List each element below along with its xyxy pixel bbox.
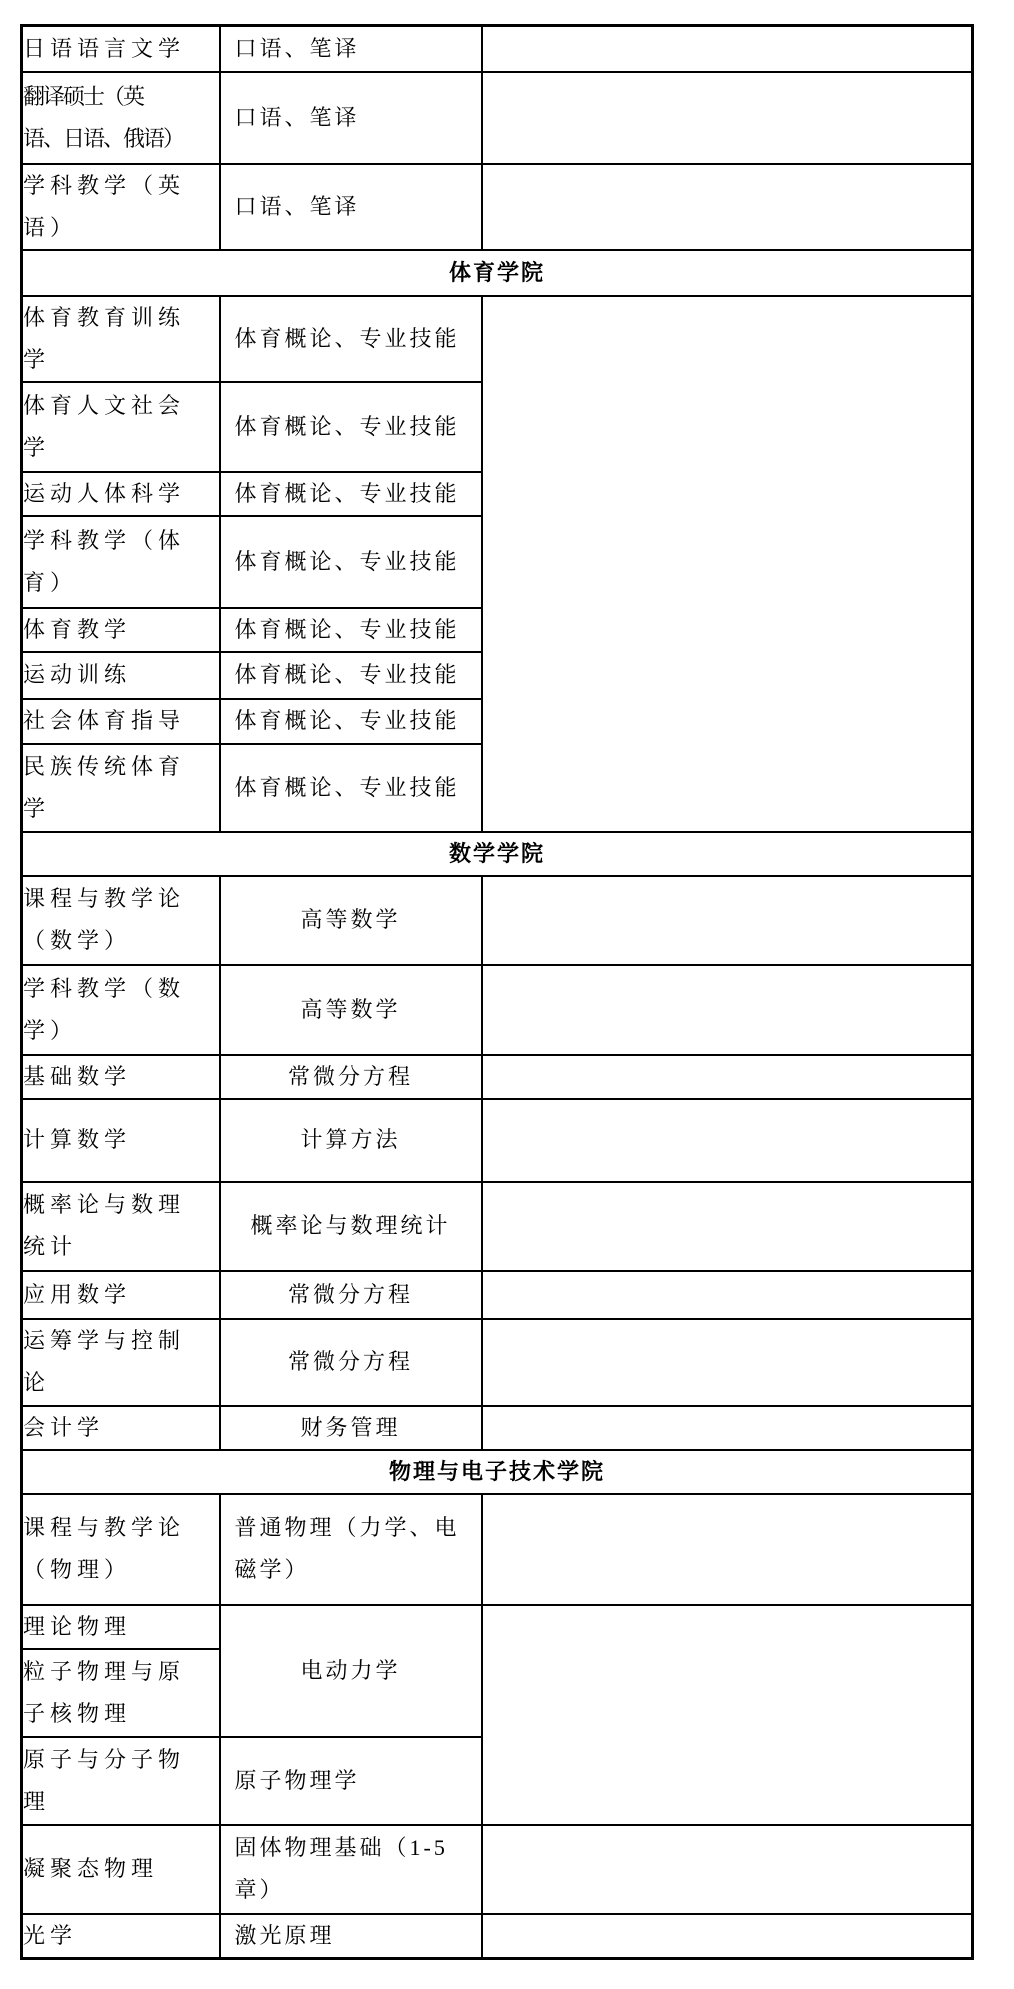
major-cell: 翻译硕士（英 语、日语、俄语） [22,72,220,164]
major-cell: 凝聚态物理 [22,1825,220,1914]
subject-cell: 体育概论、专业技能 [220,608,482,652]
notes-cell [482,965,973,1055]
notes-cell [482,1319,973,1406]
notes-cell [482,1494,973,1605]
subject-cell: 体育概论、专业技能 [220,296,482,382]
notes-cell [482,1825,973,1914]
table-row: 学科教学（数 学）高等数学 [22,965,973,1055]
notes-cell [482,72,973,164]
major-cell: 概率论与数理 统计 [22,1182,220,1271]
major-cell: 体育教学 [22,608,220,652]
major-cell: 课程与教学论 （物理） [22,1494,220,1605]
subject-cell: 体育概论、专业技能 [220,516,482,608]
table-row: 计算数学计算方法 [22,1099,973,1182]
major-cell: 学科教学（英 语） [22,164,220,250]
subject-cell: 激光原理 [220,1914,482,1959]
major-cell: 体育人文社会 学 [22,382,220,472]
major-cell: 民族传统体育 学 [22,744,220,832]
subject-cell: 常微分方程 [220,1055,482,1099]
subject-cell: 计算方法 [220,1099,482,1182]
subject-cell: 体育概论、专业技能 [220,744,482,832]
table-row: 运筹学与控制 论常微分方程 [22,1319,973,1406]
notes-cell [482,164,973,250]
notes-cell [482,296,973,832]
subject-cell: 体育概论、专业技能 [220,472,482,516]
major-cell: 基础数学 [22,1055,220,1099]
table-row: 理论物理电动力学 [22,1605,973,1649]
table-row: 日语语言文学口语、笔译 [22,26,973,72]
subject-cell: 概率论与数理统计 [220,1182,482,1271]
subject-cell: 体育概论、专业技能 [220,382,482,472]
major-cell: 体育教育训练 学 [22,296,220,382]
subject-cell: 口语、笔译 [220,72,482,164]
subject-cell: 口语、笔译 [220,26,482,72]
notes-cell [482,1055,973,1099]
section-header: 数学学院 [22,832,973,876]
admission-exam-subjects-table: 日语语言文学口语、笔译翻译硕士（英 语、日语、俄语）口语、笔译学科教学（英 语）… [20,24,974,1960]
major-cell: 粒子物理与原 子核物理 [22,1649,220,1737]
table-row: 翻译硕士（英 语、日语、俄语）口语、笔译 [22,72,973,164]
table-row: 课程与教学论 （数学）高等数学 [22,876,973,965]
subject-cell: 常微分方程 [220,1319,482,1406]
table-row: 凝聚态物理固体物理基础（1-5 章） [22,1825,973,1914]
notes-cell [482,1605,973,1825]
table-row: 应用数学常微分方程 [22,1271,973,1319]
major-cell: 社会体育指导 [22,699,220,744]
table-row: 体育教育训练 学体育概论、专业技能 [22,296,973,382]
major-cell: 课程与教学论 （数学） [22,876,220,965]
major-cell: 日语语言文学 [22,26,220,72]
section-header-row: 数学学院 [22,832,973,876]
table-body: 日语语言文学口语、笔译翻译硕士（英 语、日语、俄语）口语、笔译学科教学（英 语）… [22,26,973,1959]
subject-cell: 电动力学 [220,1605,482,1737]
subject-cell: 固体物理基础（1-5 章） [220,1825,482,1914]
notes-cell [482,1099,973,1182]
subject-cell: 常微分方程 [220,1271,482,1319]
subject-cell: 普通物理（力学、电 磁学） [220,1494,482,1605]
notes-cell [482,1182,973,1271]
subject-cell: 原子物理学 [220,1737,482,1825]
subject-cell: 高等数学 [220,965,482,1055]
major-cell: 学科教学（数 学） [22,965,220,1055]
table-row: 光学激光原理 [22,1914,973,1959]
subject-cell: 体育概论、专业技能 [220,652,482,699]
notes-cell [482,1406,973,1450]
major-cell: 会计学 [22,1406,220,1450]
subject-cell: 高等数学 [220,876,482,965]
section-header: 体育学院 [22,250,973,296]
section-header: 物理与电子技术学院 [22,1450,973,1494]
section-header-row: 物理与电子技术学院 [22,1450,973,1494]
subject-cell: 口语、笔译 [220,164,482,250]
major-cell: 运筹学与控制 论 [22,1319,220,1406]
document-page: 日语语言文学口语、笔译翻译硕士（英 语、日语、俄语）口语、笔译学科教学（英 语）… [0,0,1014,1989]
table-row: 概率论与数理 统计概率论与数理统计 [22,1182,973,1271]
major-cell: 光学 [22,1914,220,1959]
major-cell: 理论物理 [22,1605,220,1649]
section-header-row: 体育学院 [22,250,973,296]
notes-cell [482,876,973,965]
subject-cell: 体育概论、专业技能 [220,699,482,744]
table-row: 课程与教学论 （物理）普通物理（力学、电 磁学） [22,1494,973,1605]
subject-cell: 财务管理 [220,1406,482,1450]
major-cell: 原子与分子物 理 [22,1737,220,1825]
notes-cell [482,1914,973,1959]
notes-cell [482,26,973,72]
table-row: 基础数学常微分方程 [22,1055,973,1099]
notes-cell [482,1271,973,1319]
major-cell: 学科教学（体 育） [22,516,220,608]
major-cell: 应用数学 [22,1271,220,1319]
major-cell: 运动人体科学 [22,472,220,516]
major-cell: 计算数学 [22,1099,220,1182]
table-row: 学科教学（英 语）口语、笔译 [22,164,973,250]
table-row: 会计学财务管理 [22,1406,973,1450]
major-cell: 运动训练 [22,652,220,699]
